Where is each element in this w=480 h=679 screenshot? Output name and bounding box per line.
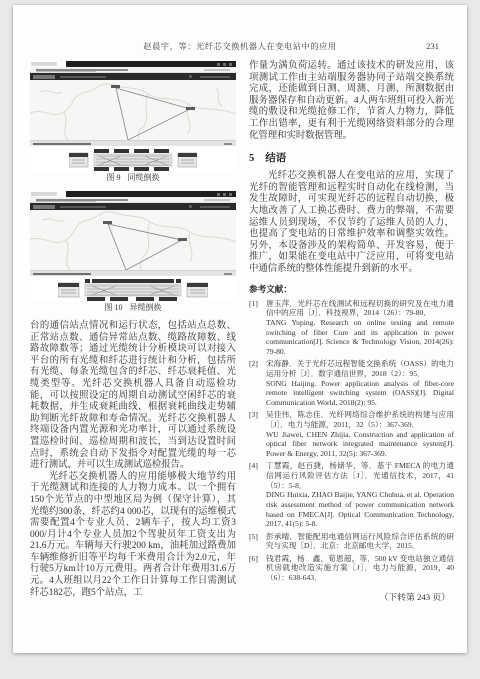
app-menu-items — [60, 76, 106, 78]
left-column: 图 9同缆倒换 — [30, 61, 236, 599]
zone-indicator — [224, 143, 232, 145]
bookmarks-bar — [36, 71, 96, 72]
reference-text-en: WU Jiawei, CHEN Zhijia. Construction and… — [266, 430, 454, 459]
status-bar — [30, 140, 236, 146]
same-cable-switch-diagram — [69, 149, 197, 171]
window-title-area — [31, 62, 57, 66]
page-number: 231 — [426, 41, 439, 51]
map-network-overlay — [30, 80, 236, 140]
browser-menu-icons — [204, 69, 230, 71]
status-bar — [30, 270, 236, 276]
reference-text-zh: 丁慧霞，赵百捷，杨储华，等．基于 FMECA 的电力通信网运行风险评估方法［J］… — [266, 461, 454, 489]
figure-9-screenshot — [30, 61, 236, 169]
reference-number: [3] — [249, 410, 258, 420]
map-network-overlay — [30, 210, 236, 270]
left-paragraph-cost-analysis: 光纤芯交换机器人的应用能够极大地节约用于光缆测试和连接的人力物力成本。以一个拥有… — [30, 472, 236, 600]
reference-number: [6] — [249, 554, 258, 564]
node-markers — [111, 85, 195, 110]
reference-text-zh: 钱君霞，杨 鑫，荀恩超，等．500 kV 变电站独立通信机房就地改造实施方案［J… — [266, 554, 454, 582]
zone-indicator — [224, 273, 232, 275]
switch-diagram — [30, 149, 236, 171]
app-toolbar — [30, 73, 236, 80]
reference-text-zh: 吴佳伟，陈志佳．光纤网络综合维护系统的构建与应用［J］．电力与能源，2011，3… — [266, 410, 454, 429]
figure-9-label: 图 9 — [107, 173, 121, 182]
window-title-area — [31, 192, 57, 196]
app-toolbar — [30, 203, 236, 210]
figure-9-title: 同缆倒换 — [128, 173, 160, 182]
right-column: 作量为满负荷运转。通过该技术的研发应用，该项测试工作由主站端服务器协同子站端交换… — [249, 61, 454, 603]
map-area — [30, 80, 236, 140]
reference-text-en: DING Huixia, ZHAO Baijie, YANG Chuhua, e… — [266, 490, 454, 529]
section-number: 5 — [249, 153, 254, 164]
figure-10-screenshot — [30, 191, 236, 299]
reference-item: [6] 钱君霞，杨 鑫，荀恩超，等．500 kV 变电站独立通信机房就地改造实施… — [249, 554, 454, 583]
figure-10-title: 异缆倒换 — [130, 303, 162, 312]
status-text-area — [33, 143, 91, 145]
bookmarks-bar — [36, 201, 96, 202]
scanned-page: 赵晨宇，等：光纤芯交换机器人在变电站中的应用 231 — [13, 5, 467, 653]
reference-text-en: TANG Yuping. Research on online testing … — [266, 318, 454, 357]
switch-diagram — [30, 279, 236, 301]
app-logo — [33, 205, 55, 209]
cross-cable-switch-diagram — [58, 279, 208, 301]
app-toolbar-icon — [189, 75, 192, 78]
reference-text-en: SONG Haijing. Power application analysis… — [266, 379, 454, 408]
map-area — [30, 210, 236, 270]
section-title: 结语 — [265, 153, 286, 164]
right-paragraph-continued: 作量为满负荷运转。通过该技术的研发应用，该项测试工作由主站端服务器协同子站端交换… — [249, 61, 454, 142]
section-heading-conclusion: 5结语 — [249, 150, 454, 165]
app-menu-items — [60, 206, 106, 208]
figure-9: 图 9同缆倒换 — [30, 61, 236, 183]
app-user-area — [200, 206, 230, 208]
app-user-area — [200, 76, 230, 78]
reference-item: [3] 吴佳伟，陈志佳．光纤网络综合维护系统的构建与应用［J］．电力与能源，20… — [249, 410, 454, 459]
status-text-area — [33, 273, 91, 275]
running-head: 赵晨宇，等：光纤芯交换机器人在变电站中的应用 231 — [13, 41, 467, 55]
figure-10-caption: 图 10异缆倒换 — [30, 302, 236, 313]
app-toolbar-icon — [189, 205, 192, 208]
reference-item: [2] 宋海静．关于光纤芯远程智能交换系统（OASS）的电力运用分析［J］．数字… — [249, 359, 454, 408]
continued-on-page-note: （下转第 243 页） — [249, 590, 454, 603]
reference-item: [4] 丁慧霞，赵百捷，杨储华，等．基于 FMECA 的电力通信网运行风险评估方… — [249, 461, 454, 529]
app-logo — [33, 75, 55, 79]
left-paragraph-continued: 台的通信站点情况和运行状态，包括站点总数、正常站点数、通信异常站点数、缆路故障数… — [30, 321, 236, 472]
reference-number: [1] — [249, 299, 258, 309]
reference-number: [4] — [249, 461, 258, 471]
figure-10: 图 10异缆倒换 — [30, 191, 236, 313]
reference-text-zh: 宋海静．关于光纤芯远程智能交换系统（OASS）的电力运用分析［J］．数字通信世界… — [266, 359, 454, 378]
references-heading: 参考文献： — [249, 283, 454, 295]
reference-item: [1] 唐玉萍．光纤芯在线测试和远程切换的研究及在电力通信中的应用［J］．科技视… — [249, 299, 454, 357]
conclusion-paragraph: 光纤芯交换机器人在变电站的应用，实现了光纤的智能管理和远程实时自动化在线检测，当… — [249, 171, 454, 275]
reference-item: [5] 彭承晴．智能配用电通信网运行风险综合评估系统的研究与实现［D］．北京：北… — [249, 532, 454, 551]
figure-10-label: 图 10 — [105, 303, 123, 312]
reference-number: [2] — [249, 359, 258, 369]
reference-text-zh: 唐玉萍．光纤芯在线测试和远程切换的研究及在电力通信中的应用［J］．科技视界，20… — [266, 299, 454, 318]
reference-number: [5] — [249, 532, 258, 542]
figure-9-caption: 图 9同缆倒换 — [30, 172, 236, 183]
running-title: 赵晨宇，等：光纤芯交换机器人在变电站中的应用 — [13, 41, 467, 52]
browser-menu-icons — [204, 199, 230, 201]
reference-text-zh: 彭承晴．智能配用电通信网运行风险综合评估系统的研究与实现［D］．北京：北京邮电大… — [266, 532, 454, 551]
